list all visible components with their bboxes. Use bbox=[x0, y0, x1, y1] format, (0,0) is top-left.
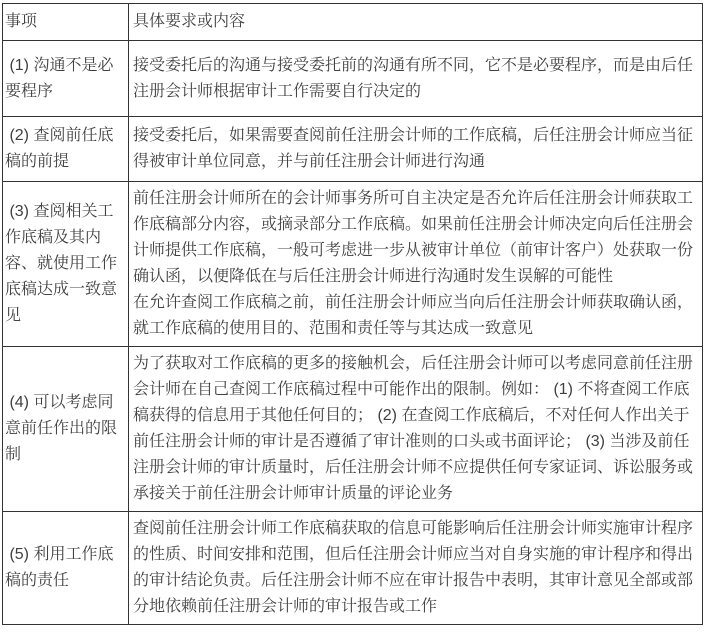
item-cell: (4) 可以考虑同意前任作出的限制 bbox=[3, 347, 129, 512]
column-header-item: 事项 bbox=[3, 4, 129, 41]
requirements-table: 事项 具体要求或内容 (1) 沟通不是必要程序 接受委托后的沟通与接受委托前的沟… bbox=[2, 3, 703, 625]
content-cell: 为了获取对工作底稿的更多的接触机会，后任注册会计师可以考虑同意前任注册会计师在自… bbox=[129, 347, 703, 512]
table-row: (4) 可以考虑同意前任作出的限制 为了获取对工作底稿的更多的接触机会，后任注册… bbox=[3, 347, 703, 512]
item-cell: (5) 利用工作底稿的责任 bbox=[3, 512, 129, 625]
content-cell: 查阅前任注册会计师工作底稿获取的信息可能影响后任注册会计师实施审计程序的性质、时… bbox=[129, 512, 703, 625]
item-cell: (2) 查阅前任底稿的前提 bbox=[3, 117, 129, 182]
table-row: (2) 查阅前任底稿的前提 接受委托后，如果需要查阅前任注册会计师的工作底稿，后… bbox=[3, 117, 703, 182]
header-row: 事项 具体要求或内容 bbox=[3, 4, 703, 41]
content-cell: 接受委托后，如果需要查阅前任注册会计师的工作底稿，后任注册会计师应当征得被审计单… bbox=[129, 117, 703, 182]
content-cell: 前任注册会计师所在的会计师事务所可自主决定是否允许后任注册会计师获取工作底稿部分… bbox=[129, 182, 703, 347]
table-row: (1) 沟通不是必要程序 接受委托后的沟通与接受委托前的沟通有所不同，它不是必要… bbox=[3, 41, 703, 117]
content-cell: 接受委托后的沟通与接受委托前的沟通有所不同，它不是必要程序，而是由后任注册会计师… bbox=[129, 41, 703, 117]
column-header-content: 具体要求或内容 bbox=[129, 4, 703, 41]
item-cell: (1) 沟通不是必要程序 bbox=[3, 41, 129, 117]
table-row: (3) 查阅相关工作底稿及其内容、就使用工作底稿达成一致意见 前任注册会计师所在… bbox=[3, 182, 703, 347]
item-cell: (3) 查阅相关工作底稿及其内容、就使用工作底稿达成一致意见 bbox=[3, 182, 129, 347]
table-row: (5) 利用工作底稿的责任 查阅前任注册会计师工作底稿获取的信息可能影响后任注册… bbox=[3, 512, 703, 625]
